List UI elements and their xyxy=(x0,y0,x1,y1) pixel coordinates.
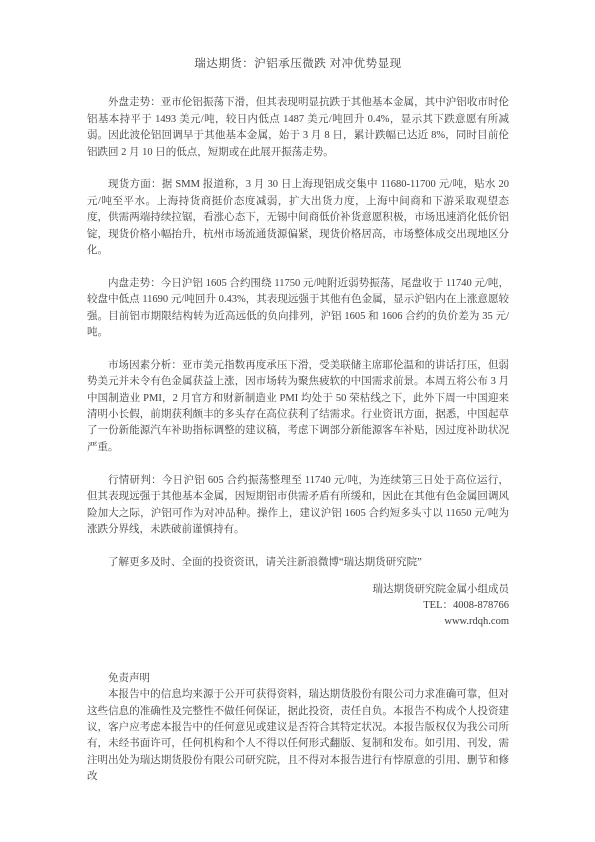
paragraph-market-factor-analysis: 市场因素分析：亚市美元指数再度承压下滑，受美联储主席耶伦温和的讲话打压，但弱势美… xyxy=(87,358,509,456)
report-title: 瑞达期货：沪铝承压微跌 对冲优势显现 xyxy=(87,56,509,72)
disclaimer-heading: 免责声明 xyxy=(87,671,509,687)
signature-team-line: 瑞达期货研究院金属小组成员 xyxy=(87,582,509,598)
paragraph-external-market: 外盘走势：亚市伦铝振荡下滑，但其表现明显抗跌于其他基本金属，其中沪铝收市时伦铝基… xyxy=(87,95,509,161)
promo-line: 了解更多及时、全面的投资资讯，请关注新浪微博“瑞达期货研究院” xyxy=(87,555,509,571)
signature-tel-line: TEL：4008-878766 xyxy=(87,598,509,614)
paragraph-market-judgment: 行情研判：今日沪铝 605 合约振荡整理至 11740 元/吨，为连续第三日处于… xyxy=(87,473,509,539)
paragraph-domestic-market: 内盘走势：今日沪铝 1605 合约围绕 11750 元/吨附近弱势振荡，尾盘收于… xyxy=(87,276,509,342)
signature-website-line: www.rdqh.com xyxy=(87,614,509,630)
paragraph-spot-market: 现货方面：据 SMM 报道称，3 月 30 日上海现铝成交集中 11680-11… xyxy=(87,177,509,259)
disclaimer-body: 本报告中的信息均来源于公开可获得资料，瑞达期货股份有限公司力求准确可靠，但对这些… xyxy=(87,687,509,785)
report-page: 瑞达期货：沪铝承压微跌 对冲优势显现 外盘走势：亚市伦铝振荡下滑，但其表现明显抗… xyxy=(0,0,595,842)
